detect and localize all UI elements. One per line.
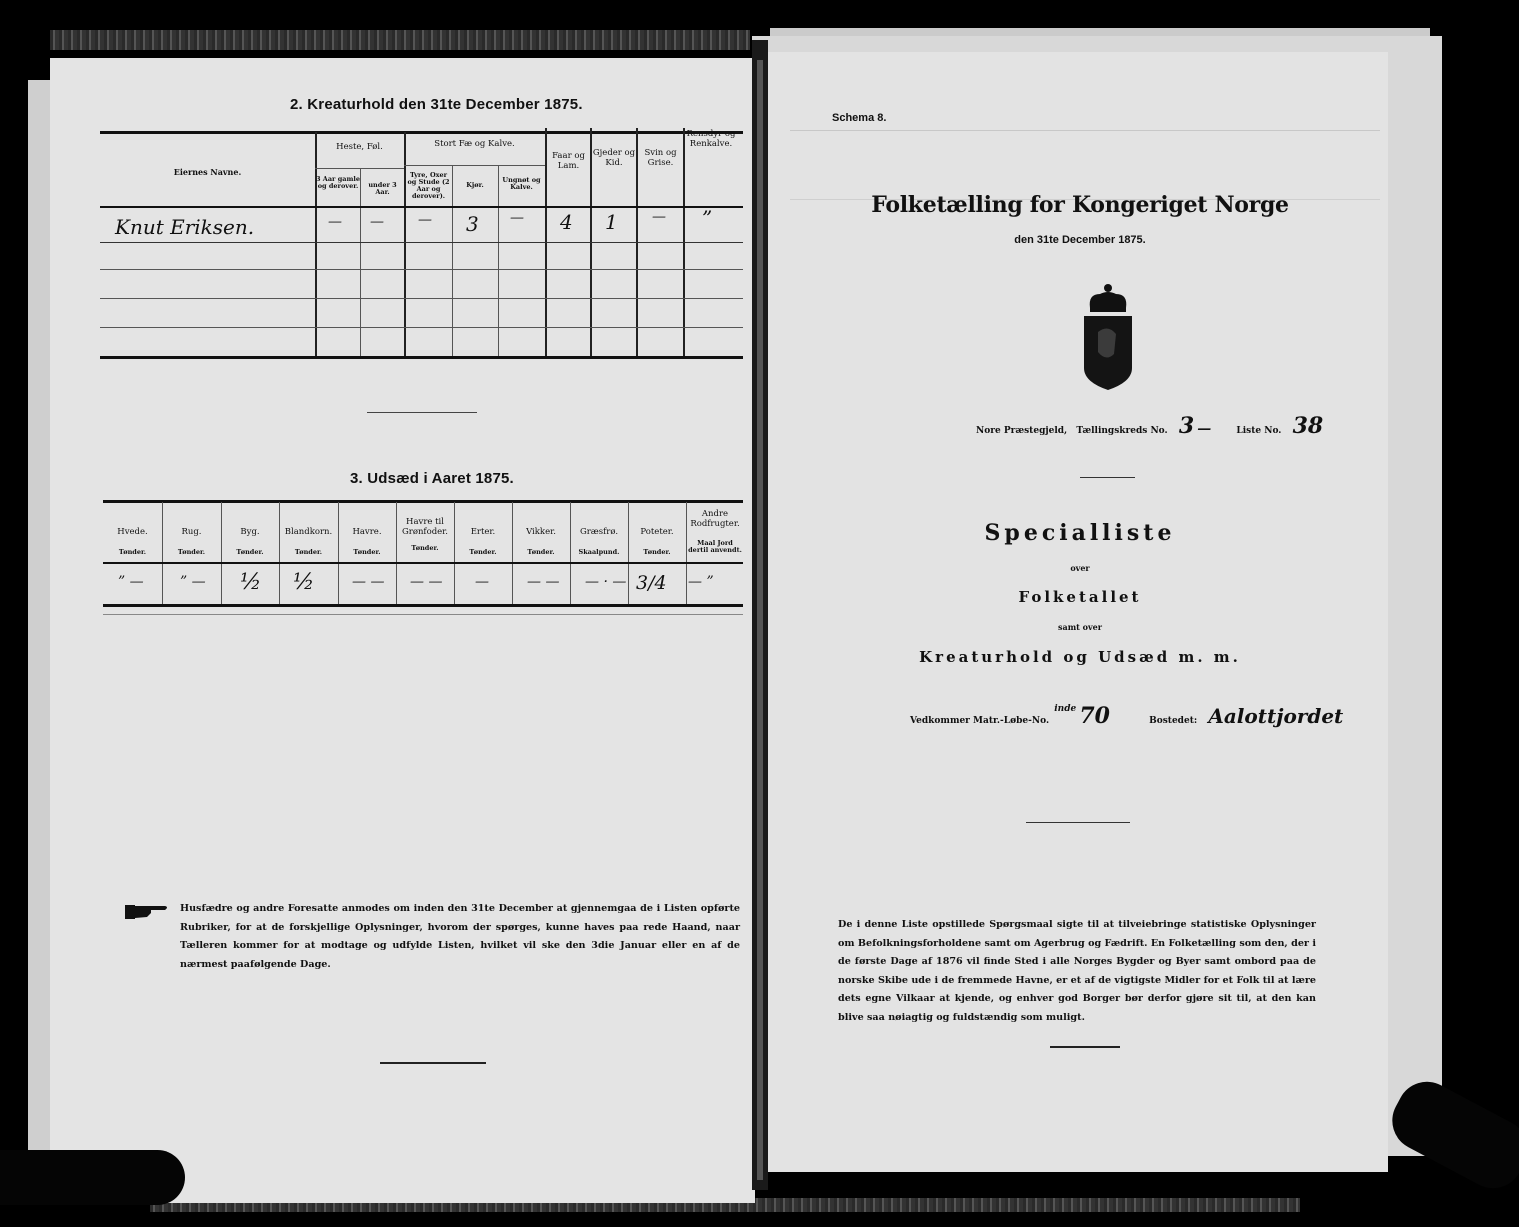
seed-col-oats: Havre. <box>338 528 396 538</box>
district-label: Tællingskreds No. <box>1076 426 1167 436</box>
seed-col-barley: Byg. <box>221 528 279 538</box>
list-label: Liste No. <box>1236 426 1281 436</box>
matr-number: 70 <box>1079 703 1110 729</box>
col-divider <box>315 132 317 357</box>
group-underline <box>404 165 545 166</box>
seed-col-wheat: Hvede. <box>103 528 162 538</box>
over-text: over <box>780 563 1380 573</box>
seed-value-oats-green-fodder: — — <box>410 574 442 590</box>
seed-table-underline <box>103 614 743 615</box>
seed-table-bottom-rule <box>103 604 743 607</box>
bulls-oxen-header: Tyre, Oxer og Stude (2 Aar og derover). <box>405 172 452 201</box>
schema-number: Schema 8. <box>832 112 886 124</box>
value-cows: 3 <box>466 212 479 236</box>
section-divider <box>367 412 477 413</box>
seed-unit-barley: Tønder. <box>221 549 279 556</box>
col-divider <box>498 165 499 357</box>
seed-col-vetch: Vikker. <box>512 528 570 538</box>
district-dash: — <box>1197 421 1211 437</box>
seed-value-vetch: — — <box>527 574 559 590</box>
folketallet-heading: Folketallet <box>780 588 1380 606</box>
seed-value-rye: ” — <box>180 574 206 590</box>
seed-unit-peas: Tønder. <box>454 549 512 556</box>
title-divider <box>1080 477 1135 478</box>
sheep-header: Faar og Lam. <box>547 152 590 172</box>
livestock-table-bottom-rule <box>100 356 743 359</box>
horses-under3-header: under 3 Aar. <box>361 182 404 196</box>
norway-coat-of-arms-icon <box>1078 282 1138 392</box>
seed-unit-vetch: Tønder. <box>512 549 570 556</box>
matrikkel-line: Vedkommer Matr.-Løbe-No. inde 70 Bostede… <box>910 703 1343 729</box>
bottom-divider <box>1050 1046 1120 1048</box>
seed-unit-mixed-grain: Tønder. <box>279 549 338 556</box>
seed-col-other-root: Andre Rodfrugter. <box>686 510 744 530</box>
row-line <box>100 269 743 270</box>
bleed-through-text <box>790 130 1380 200</box>
seed-section-title: 3. Udsæd i Aaret 1875. <box>350 470 514 487</box>
seed-value-barley: ½ <box>240 570 261 595</box>
left-thumb <box>0 1150 185 1205</box>
horses-3yr-header: 3 Aar gamle og derover. <box>316 176 360 190</box>
seed-col-mixed-grain: Blandkorn. <box>279 528 338 538</box>
seed-value-other-root: — ” <box>688 574 714 590</box>
scanner-bed-edge <box>50 30 750 50</box>
matr-superscript: inde <box>1054 704 1076 714</box>
row-line <box>100 327 743 328</box>
household-notice-text: Husfædre og andre Foresatte anmodes om i… <box>180 900 740 974</box>
seed-unit-oats-green-fodder: Tønder. <box>396 545 454 552</box>
specialliste-heading: Specialliste <box>780 520 1380 546</box>
seed-header-rule <box>103 562 743 564</box>
seed-col-potatoes: Poteter. <box>628 528 686 538</box>
matr-label: Vedkommer Matr.-Løbe-No. <box>910 716 1049 726</box>
seed-unit-grass-seed: Skaalpund. <box>570 549 628 556</box>
signature-line <box>1026 822 1130 823</box>
owner-name: Knut Eriksen. <box>115 215 254 239</box>
livestock-table-top-rule <box>100 131 743 134</box>
seed-col-rye: Rug. <box>162 528 221 538</box>
horses-header: Heste, Føl. <box>315 143 404 153</box>
value-sheep: 4 <box>560 210 573 234</box>
seed-value-grass-seed: — · — <box>585 574 626 590</box>
seed-unit-potatoes: Tønder. <box>628 549 686 556</box>
value-bulls: — <box>418 212 432 228</box>
bosted-label: Bostedet: <box>1149 716 1197 726</box>
pigs-header: Svin og Grise. <box>638 149 683 169</box>
seed-value-wheat: ” — <box>118 574 144 590</box>
district-number: 3 <box>1179 413 1194 439</box>
samt-over-text: samt over <box>780 622 1380 632</box>
young-cattle-header: Ungnøt og Kalve. <box>498 177 545 191</box>
seed-unit-oats: Tønder. <box>338 549 396 556</box>
seed-value-potatoes: 3/4 <box>636 572 667 594</box>
col-divider <box>360 168 361 357</box>
seed-col-grass-seed: Græsfrø. <box>570 528 628 538</box>
livestock-header-rule <box>100 206 743 208</box>
value-reindeer: ” <box>702 206 712 230</box>
seed-unit-wheat: Tønder. <box>103 549 162 556</box>
census-intro-text: De i denne Liste opstillede Spørgsmaal s… <box>838 916 1316 1027</box>
seed-value-peas: — <box>475 574 489 590</box>
census-date: den 31te December 1875. <box>780 234 1380 246</box>
owner-name-header: Eiernes Navne. <box>100 168 315 177</box>
value-horses-3yr: — <box>328 214 342 230</box>
group-underline <box>315 168 404 169</box>
cattle-header: Stort Fæ og Kalve. <box>404 140 545 150</box>
notice-end-divider <box>380 1062 486 1064</box>
census-title: Folketælling for Kongeriget Norge <box>780 192 1380 218</box>
list-number: 38 <box>1293 413 1324 439</box>
reindeer-header: Rensdyr og Renkalve. <box>685 130 737 150</box>
bosted-value: Aalottjordet <box>1208 704 1343 728</box>
row-line <box>100 242 743 243</box>
seed-col-oats-green-fodder: Havre til Grønfoder. <box>396 518 454 538</box>
col-divider <box>452 165 453 357</box>
kreaturhold-heading: Kreaturhold og Udsæd m. m. <box>780 648 1380 666</box>
seed-unit-other-root: Maal Jord dertil anvendt. <box>686 540 744 554</box>
livestock-section-title: 2. Kreaturhold den 31te December 1875. <box>290 96 583 113</box>
seed-table-top-rule <box>103 500 743 503</box>
value-pigs: — <box>652 209 666 225</box>
seed-value-oats: — — <box>352 574 384 590</box>
seed-unit-rye: Tønder. <box>162 549 221 556</box>
goats-header: Gjeder og Kid. <box>592 149 636 169</box>
value-horses-under3: — <box>370 214 384 230</box>
row-line <box>100 298 743 299</box>
seed-value-mixed-grain: ½ <box>293 570 314 595</box>
parish-label: Nore Præstegjeld, <box>976 426 1067 436</box>
book-spine-highlight <box>757 60 763 1180</box>
pointing-hand-icon <box>125 904 170 920</box>
seed-col-peas: Erter. <box>454 528 512 538</box>
value-goats: 1 <box>605 210 618 234</box>
cows-header: Kjør. <box>452 182 498 189</box>
district-line: Nore Præstegjeld, Tællingskreds No. 3 — … <box>976 413 1323 439</box>
value-young-cattle: — <box>510 210 524 226</box>
